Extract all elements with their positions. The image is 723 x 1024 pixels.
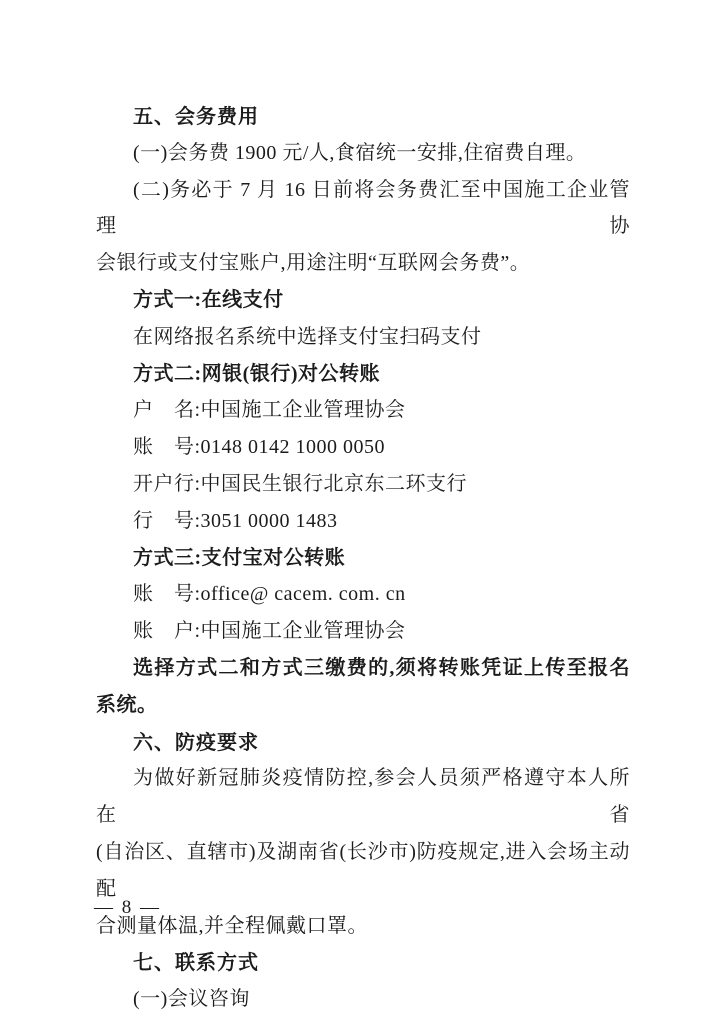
- text-line: 账 号:0148 0142 1000 0050: [96, 429, 630, 466]
- text-line: 行 号:3051 0000 1483: [96, 503, 630, 540]
- text-line: 六、防疫要求: [96, 724, 630, 761]
- page-number: — 8 —: [94, 897, 161, 919]
- text-line: 账 户:中国施工企业管理协会: [96, 613, 630, 650]
- text-line: (自治区、直辖市)及湖南省(长沙市)防疫规定,进入会场主动配: [96, 834, 630, 908]
- text-line: 七、联系方式: [96, 944, 630, 981]
- document-text-block: 五、会务费用(一)会务费 1900 元/人,食宿统一安排,住宿费自理。(二)务必…: [96, 98, 630, 1018]
- text-line: 账 号:office@ cacem. com. cn: [96, 576, 630, 613]
- document-page: 五、会务费用(一)会务费 1900 元/人,食宿统一安排,住宿费自理。(二)务必…: [0, 0, 723, 1024]
- text-line: 方式三:支付宝对公转账: [96, 540, 630, 577]
- text-line: 系统。: [96, 687, 630, 724]
- text-line: 会银行或支付宝账户,用途注明“互联网会务费”。: [96, 245, 630, 282]
- text-line: (一)会务费 1900 元/人,食宿统一安排,住宿费自理。: [96, 135, 630, 172]
- text-line: 开户行:中国民生银行北京东二环支行: [96, 466, 630, 503]
- text-line: 户 名:中国施工企业管理协会: [96, 392, 630, 429]
- text-line: 方式二:网银(银行)对公转账: [96, 356, 630, 393]
- text-line: 合测量体温,并全程佩戴口罩。: [96, 908, 630, 945]
- text-line: (二)务必于 7 月 16 日前将会务费汇至中国施工企业管理协: [96, 172, 630, 246]
- text-line: 选择方式二和方式三缴费的,须将转账凭证上传至报名: [96, 650, 630, 687]
- text-line: 方式一:在线支付: [96, 282, 630, 319]
- text-line: 五、会务费用: [96, 98, 630, 135]
- text-line: (一)会议咨询: [96, 981, 630, 1018]
- text-line: 在网络报名系统中选择支付宝扫码支付: [96, 319, 630, 356]
- text-line: 为做好新冠肺炎疫情防控,参会人员须严格遵守本人所在省: [96, 760, 630, 834]
